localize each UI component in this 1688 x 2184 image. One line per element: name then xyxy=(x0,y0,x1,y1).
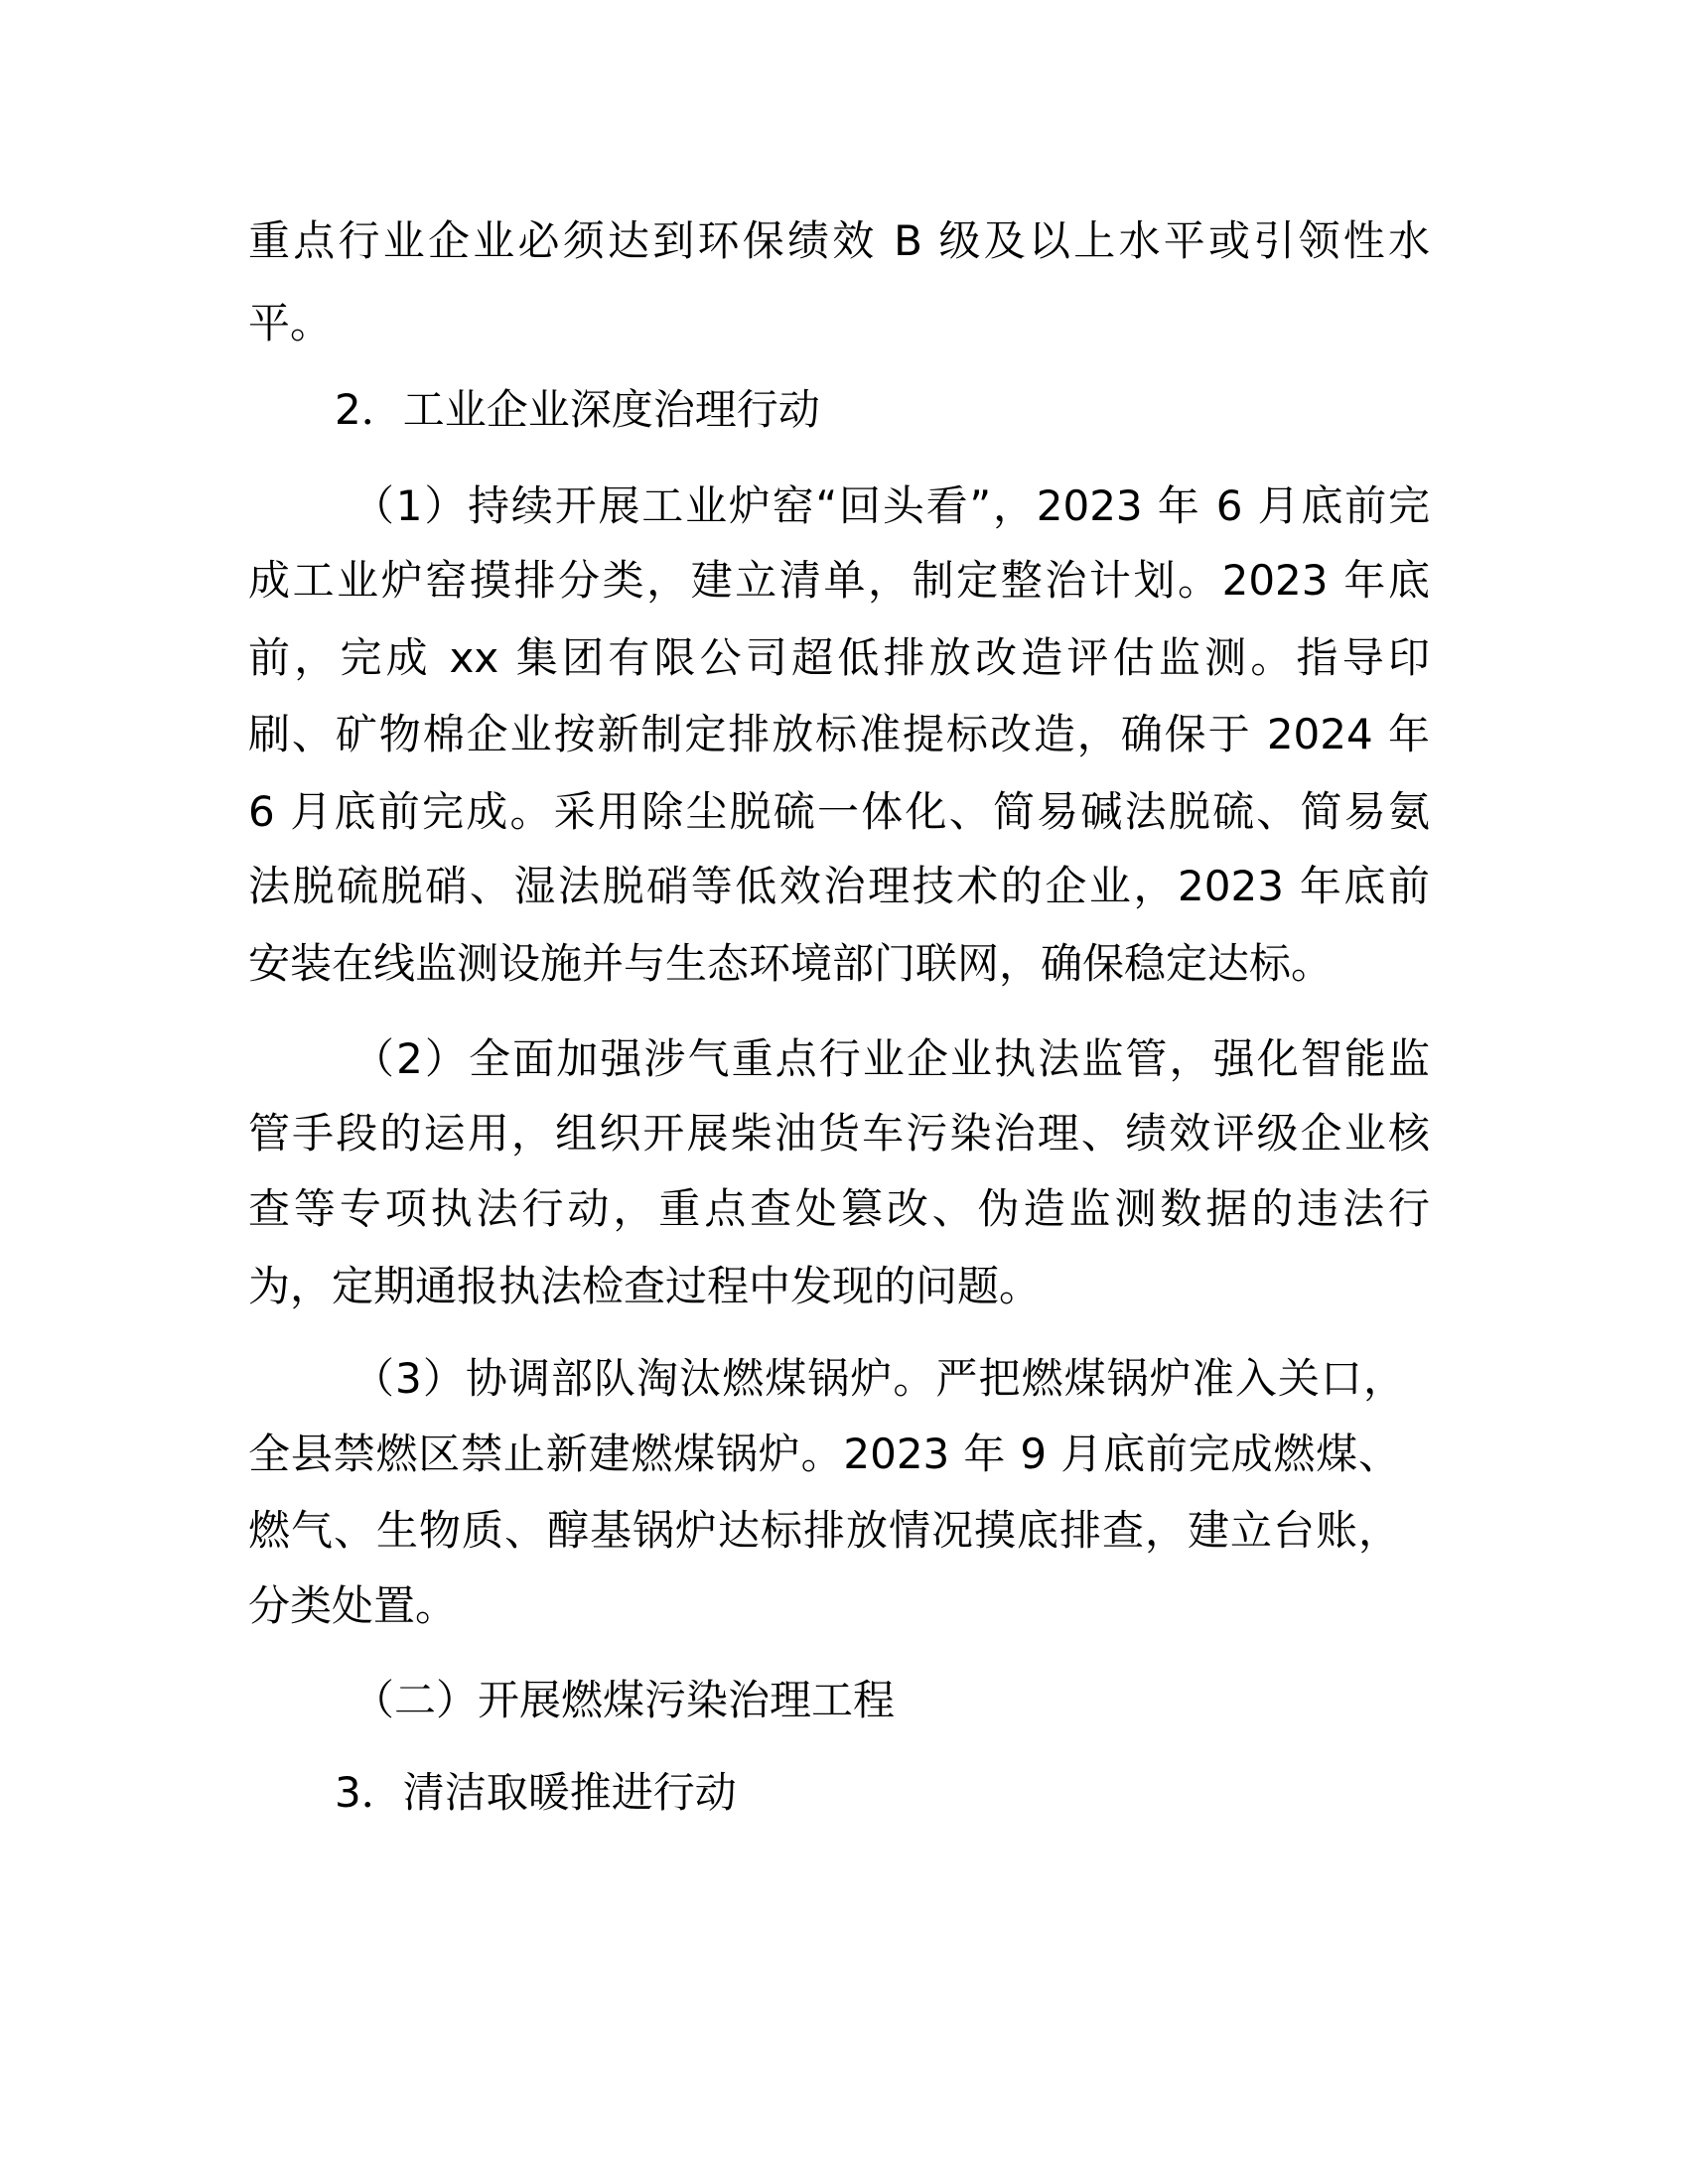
section-heading: 3．清洁取暖推进行动 xyxy=(335,1765,1430,1821)
section-heading: 2．工业企业深度治理行动 xyxy=(335,382,1430,438)
paragraph-line: 刷、矿物棉企业按新制定排放标准提标改造，确保于 2024 年 xyxy=(248,707,1430,762)
paragraph-line: 管手段的运用，组织开展柴油货车污染治理、绩效评级企业核 xyxy=(248,1106,1430,1161)
paragraph-line: 分类处置。 xyxy=(248,1578,1430,1634)
paragraph-line: （2）全面加强涉气重点行业企业执法监管，强化智能监 xyxy=(352,1031,1430,1087)
paragraph-line: 查等专项执法行动，重点查处篡改、伪造监测数据的违法行 xyxy=(248,1181,1430,1237)
paragraph-line: （3）协调部队淘汰燃煤锅炉。严把燃煤锅炉准入关口， xyxy=(352,1351,1405,1407)
paragraph-line: 重点行业企业必须达到环保绩效 B 级及以上水平或引领性水 xyxy=(248,213,1430,269)
paragraph-line: 燃气、生物质、醇基锅炉达标排放情况摸底排查，建立台账， xyxy=(248,1503,1400,1559)
paragraph-line: 成工业炉窑摸排分类，建立清单，制定整治计划。2023 年底 xyxy=(248,553,1430,609)
paragraph-line: 平。 xyxy=(248,296,1430,351)
paragraph-line: 为，定期通报执法检查过程中发现的问题。 xyxy=(248,1259,1430,1314)
paragraph-line: 安装在线监测设施并与生态环境部门联网，确保稳定达标。 xyxy=(248,936,1430,992)
paragraph-line: 前，完成 xx 集团有限公司超低排放改造评估监测。指导印 xyxy=(248,630,1430,686)
paragraph-line: 6 月底前完成。采用除尘脱硫一体化、简易碱法脱硫、简易氨 xyxy=(248,784,1430,840)
paragraph-line: 全县禁燃区禁止新建燃煤锅炉。2023 年 9 月底前完成燃煤、 xyxy=(248,1427,1400,1482)
paragraph-line: （1）持续开展工业炉窑“回头看”，2023 年 6 月底前完 xyxy=(352,478,1430,534)
section-heading: （二）开展燃煤污染治理工程 xyxy=(352,1673,1430,1728)
paragraph-line: 法脱硫脱硝、湿法脱硝等低效治理技术的企业，2023 年底前 xyxy=(248,859,1430,914)
